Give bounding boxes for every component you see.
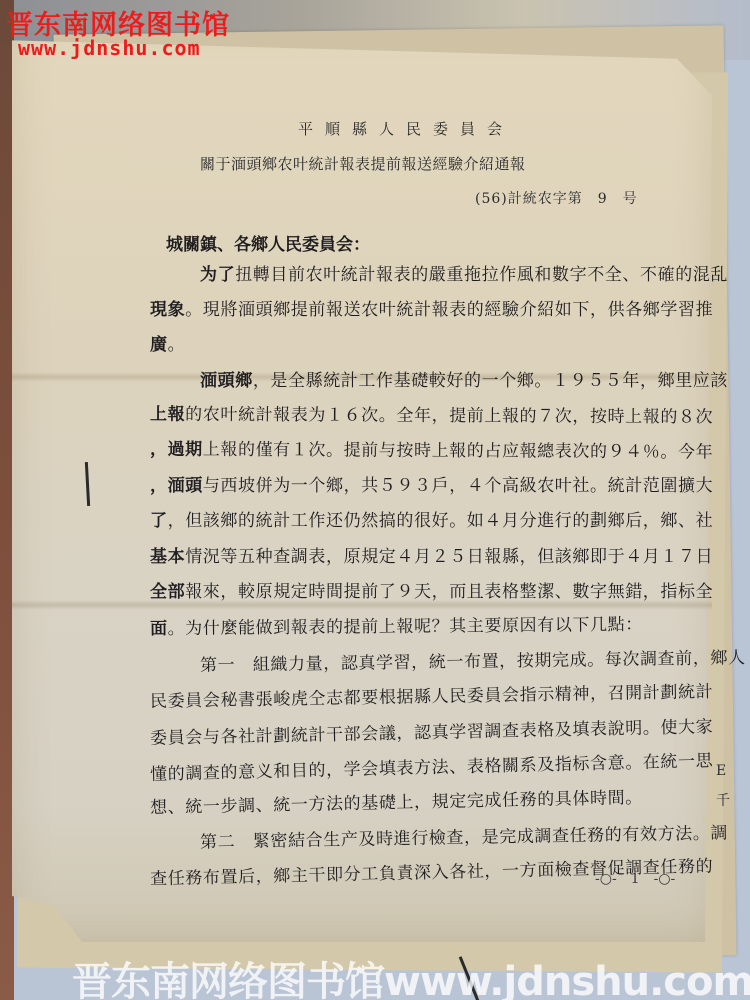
line-text: 。 [168, 335, 186, 355]
body-line: ，湎頭与西坡併为一个鄉，共５９３戶，４个高級农叶社。統計范圍擴大 [150, 471, 713, 496]
body-line: 上報的农叶統計報表为１６次。全年，提前上報的７次，按時上報的８次 [150, 399, 713, 427]
body-line: ，過期上報的僅有１次。提前与按時上報的占应報總表次的９４％。今年 [150, 435, 713, 463]
body-line: 为了扭轉目前农叶統計報表的嚴重拖拉作風和數字不全、不確的混乱 [200, 260, 728, 285]
body-line: 現象。現將湎頭鄉提前報送农叶統計報表的經驗介紹如下，供各鄉学習推 [150, 295, 713, 320]
line-text: 的农叶統計報表为１６次。全年，提前上報的７次，按時上報的８次 [185, 405, 713, 428]
line-text: 与西坡併为一个鄉，共５９３戶，４个高級农叶社。統計范圍擴大 [203, 476, 713, 496]
emphasized-text: ，過期 [150, 440, 203, 460]
watermark-bottom: 晋东南网络图书馆www.jdnshu.com [72, 950, 750, 1000]
line-text: ，但該鄉的統計工作还仍然搞的很好。如４月分進行的劃鄉后，鄉、社 [168, 511, 714, 531]
body-line: 了，但該鄉的統計工作还仍然搞的很好。如４月分進行的劃鄉后，鄉、社 [150, 506, 713, 531]
document-number: (56)計統农字第 9 号 [475, 188, 638, 208]
emphasized-text: 現象 [150, 300, 185, 320]
body-line: 面。为什麼能做到報表的提前上報呢？其主要原因有以下几點： [150, 610, 643, 639]
emphasized-text: 湎頭鄉 [200, 371, 253, 391]
emphasized-text: 面 [150, 619, 168, 639]
line-text: 情況等五种查調表，原規定４月２５日報縣，但該鄉即于４月１７日 [185, 547, 713, 567]
line-text: 上報的僅有１次。提前与按時上報的占应報總表次的９４％。今年 [203, 440, 714, 463]
body-line: 全部報來，較原規定時間提前了９天，而且表格整潔、數字無錯，指标全 [150, 577, 713, 602]
emphasized-text: 基本 [150, 547, 185, 567]
watermark-url: www.jdnshu.com [18, 36, 201, 60]
emphasized-text: ，湎頭 [150, 476, 203, 496]
emphasized-text: 为了 [200, 265, 235, 285]
line-text: 。現將湎頭鄉提前報送农叶統計報表的經驗介紹如下，供各鄉学習推 [185, 300, 713, 320]
line-text: 扭轉目前农叶統計報表的嚴重拖拉作風和數字不全、不確的混乱 [235, 265, 728, 285]
issuer-heading: 平順縣人民委員会 [298, 118, 514, 139]
line-text: 報來，較原規定時間提前了９天，而且表格整潔、數字無錯，指标全 [185, 582, 713, 602]
body-line: 湎頭鄉，是全縣統計工作基礎較好的一个鄉。１９５５年，鄉里应該 [200, 366, 728, 391]
line-text: 。为什麼能做到報表的提前上報呢？其主要原因有以下几點： [168, 615, 643, 639]
edge-text-fragment: E [716, 763, 726, 779]
emphasized-text: 上報 [150, 404, 185, 424]
emphasized-text: 全部 [150, 582, 185, 602]
document-subject: 關于湎頭鄉农叶統計報表提前報送經驗介紹通報 [200, 153, 526, 174]
table-edge [0, 0, 14, 1000]
emphasized-text: 廣 [150, 335, 168, 355]
line-text: ，是全縣統計工作基礎較好的一个鄉。１９５５年，鄉里应該 [253, 371, 728, 391]
body-line: 基本情況等五种查調表，原規定４月２５日報縣，但該鄉即于４月１７日 [150, 542, 713, 567]
addressee: 城關鎮、各鄉人民委員会： [166, 230, 370, 255]
body-line: 廣。 [150, 330, 185, 355]
edge-text-fragment: 千 [716, 790, 730, 810]
page-number: -○- 1 -○- [595, 868, 675, 888]
emphasized-text: 了 [150, 511, 168, 531]
